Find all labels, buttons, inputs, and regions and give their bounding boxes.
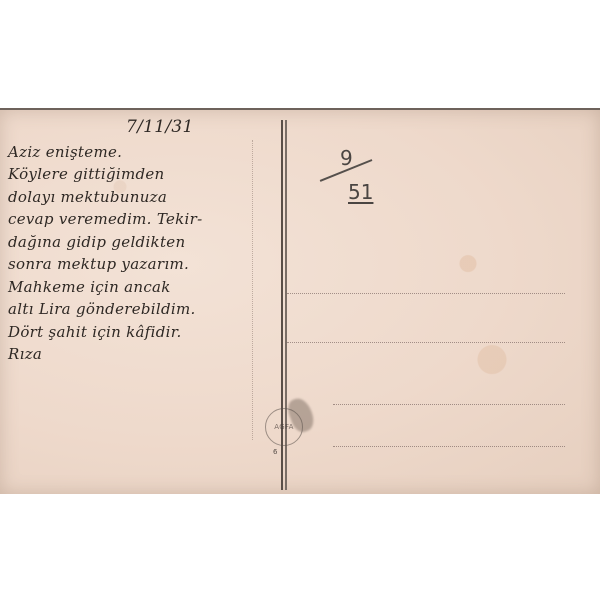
publisher-logo-icon: AGFA [265, 408, 303, 446]
message-line: sonra mektup yazarım. [8, 253, 278, 276]
message-line: cevap veremedim. Tekir- [8, 208, 278, 231]
message-line: Köylere gittiğimden [8, 163, 278, 186]
message-line: dağına gidip geldikten [8, 231, 278, 254]
address-line [287, 293, 565, 294]
message-date: 7/11/31 [8, 116, 278, 139]
publisher-number: 6 [273, 448, 277, 456]
message-line: Mahkeme için ancak [8, 276, 278, 299]
message-line: Aziz enişteme. [8, 141, 278, 164]
address-line [333, 446, 565, 447]
message-line: altı Lira gönderebildim. [8, 298, 278, 321]
postcard-back: 7/11/31 Aziz enişteme. Köylere gittiğimd… [0, 108, 600, 494]
message-line: dolayı mektubunuza [8, 186, 278, 209]
address-line [333, 404, 565, 405]
message-signature: Rıza [8, 343, 278, 366]
annotation-bottom: 51 [348, 180, 373, 204]
message-line: Dört şahit için kâfidir. [8, 321, 278, 344]
address-line [287, 342, 565, 343]
handwritten-message: 7/11/31 Aziz enişteme. Köylere gittiğimd… [8, 116, 278, 366]
